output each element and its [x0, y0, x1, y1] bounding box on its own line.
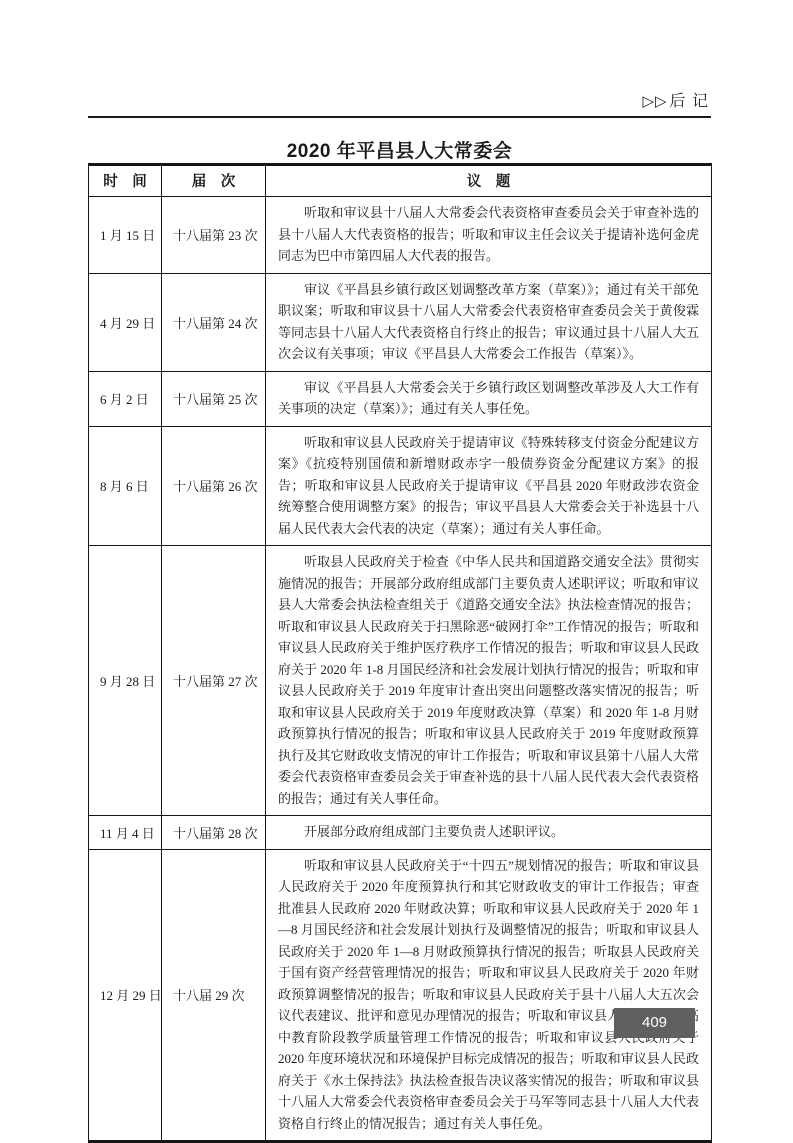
- topics-cell: 审议《平昌县人大常委会关于乡镇行政区划调整改革涉及人大工作有关事项的决定（草案）…: [266, 371, 712, 426]
- chevrons-icon: ▷▷: [642, 93, 667, 110]
- date-cell: 8 月 6 日: [89, 426, 162, 546]
- session-cell: 十八届第 24 次: [162, 273, 266, 371]
- session-cell: 十八届第 27 次: [162, 546, 266, 816]
- table-row: 11 月 4 日 十八届第 28 次 开展部分政府组成部门主要负责人述职评议。: [89, 816, 712, 850]
- page-number-badge: 409: [614, 1008, 695, 1038]
- table-row: 8 月 6 日 十八届第 26 次 听取和审议县人民政府关于提请审议《特殊转移支…: [89, 426, 712, 546]
- table-row: 4 月 29 日 十八届第 24 次 审议《平昌县乡镇行政区划调整改革方案（草案…: [89, 273, 712, 371]
- session-cell: 十八届第 26 次: [162, 426, 266, 546]
- table-row: 12 月 29 日 十八届 29 次 听取和审议县人民政府关于“十四五”规划情况…: [89, 849, 712, 1142]
- table-row: 9 月 28 日 十八届第 27 次 听取县人民政府关于检查《中华人民共和国道路…: [89, 546, 712, 816]
- header-rule: [88, 116, 711, 118]
- session-cell: 十八届 29 次: [162, 849, 266, 1142]
- table-row: 1 月 15 日 十八届第 23 次 听取和审议县十八届人大常委会代表资格审查委…: [89, 197, 712, 274]
- running-head-label: 后 记: [670, 93, 709, 110]
- column-header-session: 届 次: [162, 165, 266, 197]
- table-row: 6 月 2 日 十八届第 25 次 审议《平昌县人大常委会关于乡镇行政区划调整改…: [89, 371, 712, 426]
- running-head: ▷▷后 记: [642, 88, 709, 111]
- topics-cell: 听取县人民政府关于检查《中华人民共和国道路交通安全法》贯彻实施情况的报告；开展部…: [266, 546, 712, 816]
- topics-cell: 审议《平昌县乡镇行政区划调整改革方案（草案）》；通过有关干部免职议案；听取和审议…: [266, 273, 712, 371]
- session-cell: 十八届第 23 次: [162, 197, 266, 274]
- topics-cell: 听取和审议县十八届人大常委会代表资格审查委员会关于审查补选的县十八届人大代表资格…: [266, 197, 712, 274]
- column-header-topics: 议 题: [266, 165, 712, 197]
- date-cell: 9 月 28 日: [89, 546, 162, 816]
- topics-cell: 听取和审议县人民政府关于“十四五”规划情况的报告；听取和审议县人民政府关于 20…: [266, 849, 712, 1142]
- date-cell: 12 月 29 日: [89, 849, 162, 1142]
- date-cell: 6 月 2 日: [89, 371, 162, 426]
- session-cell: 十八届第 25 次: [162, 371, 266, 426]
- session-cell: 十八届第 28 次: [162, 816, 266, 850]
- meetings-table-wrapper: 时 间 届 次 议 题 1 月 15 日 十八届第 23 次 听取和审议县十八届…: [88, 163, 711, 1143]
- topics-cell: 开展部分政府组成部门主要负责人述职评议。: [266, 816, 712, 850]
- page-title: 2020 年平昌县人大常委会: [88, 136, 711, 163]
- table-header-row: 时 间 届 次 议 题: [89, 165, 712, 197]
- date-cell: 4 月 29 日: [89, 273, 162, 371]
- topics-cell: 听取和审议县人民政府关于提请审议《特殊转移支付资金分配建议方案》《抗疫特别国债和…: [266, 426, 712, 546]
- date-cell: 11 月 4 日: [89, 816, 162, 850]
- meetings-table: 时 间 届 次 议 题 1 月 15 日 十八届第 23 次 听取和审议县十八届…: [88, 163, 712, 1143]
- column-header-time: 时 间: [89, 165, 162, 197]
- date-cell: 1 月 15 日: [89, 197, 162, 274]
- table-body: 1 月 15 日 十八届第 23 次 听取和审议县十八届人大常委会代表资格审查委…: [89, 197, 712, 1142]
